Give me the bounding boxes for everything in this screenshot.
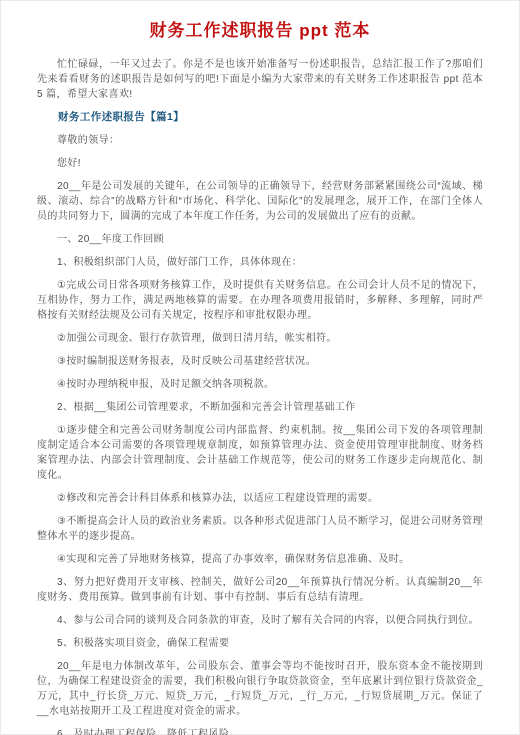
intro-paragraph: 忙忙碌碌，一年又过去了。你是不是也该开始准备写一份述职报告，总结汇报工作了?那咱… [37, 57, 483, 102]
item-1-title: 1、积极组织部门人员，做好部门工作，具体体现在： [37, 255, 483, 270]
item-5-title: 5、积极落实项目资金，确保工程需要 [37, 636, 483, 651]
item-6-title: 6、及时办理工程保险，降低工程风险 [37, 727, 483, 735]
salutation: 尊敬的领导： [37, 133, 483, 148]
section-title-year-review: 一、20__年度工作回顾 [37, 232, 483, 247]
item-5-body: 20__年是电力体制改革年，公司股东会、董事会等均不能按时召开，股东资本金不能按… [37, 659, 483, 719]
item-1-point-1: ①完成公司日常各项财务核算工作，及时提供有关财务信息。在公司会计人员不足的情况下… [37, 278, 483, 323]
item-2-point-3: ③不断提高会计人员的政治业务素质。以各种形式促进部门人员不断学习，促进公司财务管… [37, 514, 483, 544]
item-1-point-3: ③按时编制报送财务报表，及时反映公司基建经营状况。 [37, 354, 483, 369]
item-4: 4、参与公司合同的谈判及合同条款的审查，及时了解有关合同的内容，以便合同执行到位… [37, 613, 483, 628]
item-2-point-4: ④实现和完善了异地财务核算，提高了办事效率，确保财务信息准确、及时。 [37, 552, 483, 567]
document-page: 财务工作述职报告 ppt 范本 忙忙碌碌，一年又过去了。你是不是也该开始准备写一… [0, 0, 520, 735]
item-2-point-2: ②修改和完善会计科目体系和核算办法，以适应工程建设管理的需要。 [37, 491, 483, 506]
article-title: 财务工作述职报告 ppt 范本 [37, 19, 483, 43]
section-heading-part1: 财务工作述职报告【篇1】 [37, 110, 483, 125]
item-3: 3、努力把好费用开支审核、控制关，做好公司20__年预算执行情况分析。认真编制2… [37, 575, 483, 605]
item-1-point-4: ④按时办理纳税申报，及时足额交纳各项税款。 [37, 377, 483, 392]
doc-paragraph: 20__年是公司发展的关键年，在公司领导的正确领导下，经营财务部紧紧围绕公司“流… [37, 179, 483, 224]
item-1-point-2: ②加强公司现金、银行存款管理，做到日清月结，帐实相符。 [37, 331, 483, 346]
item-2-point-1: ①逐步健全和完善公司财务制度公司内部监督、约束机制。按__集团公司下发的各项管理… [37, 423, 483, 483]
item-2-title: 2、根据__集团公司管理要求，不断加强和完善会计管理基础工作 [37, 400, 483, 415]
greeting: 您好! [37, 156, 483, 171]
article-body: 忙忙碌碌，一年又过去了。你是不是也该开始准备写一份述职报告，总结汇报工作了?那咱… [37, 57, 483, 735]
